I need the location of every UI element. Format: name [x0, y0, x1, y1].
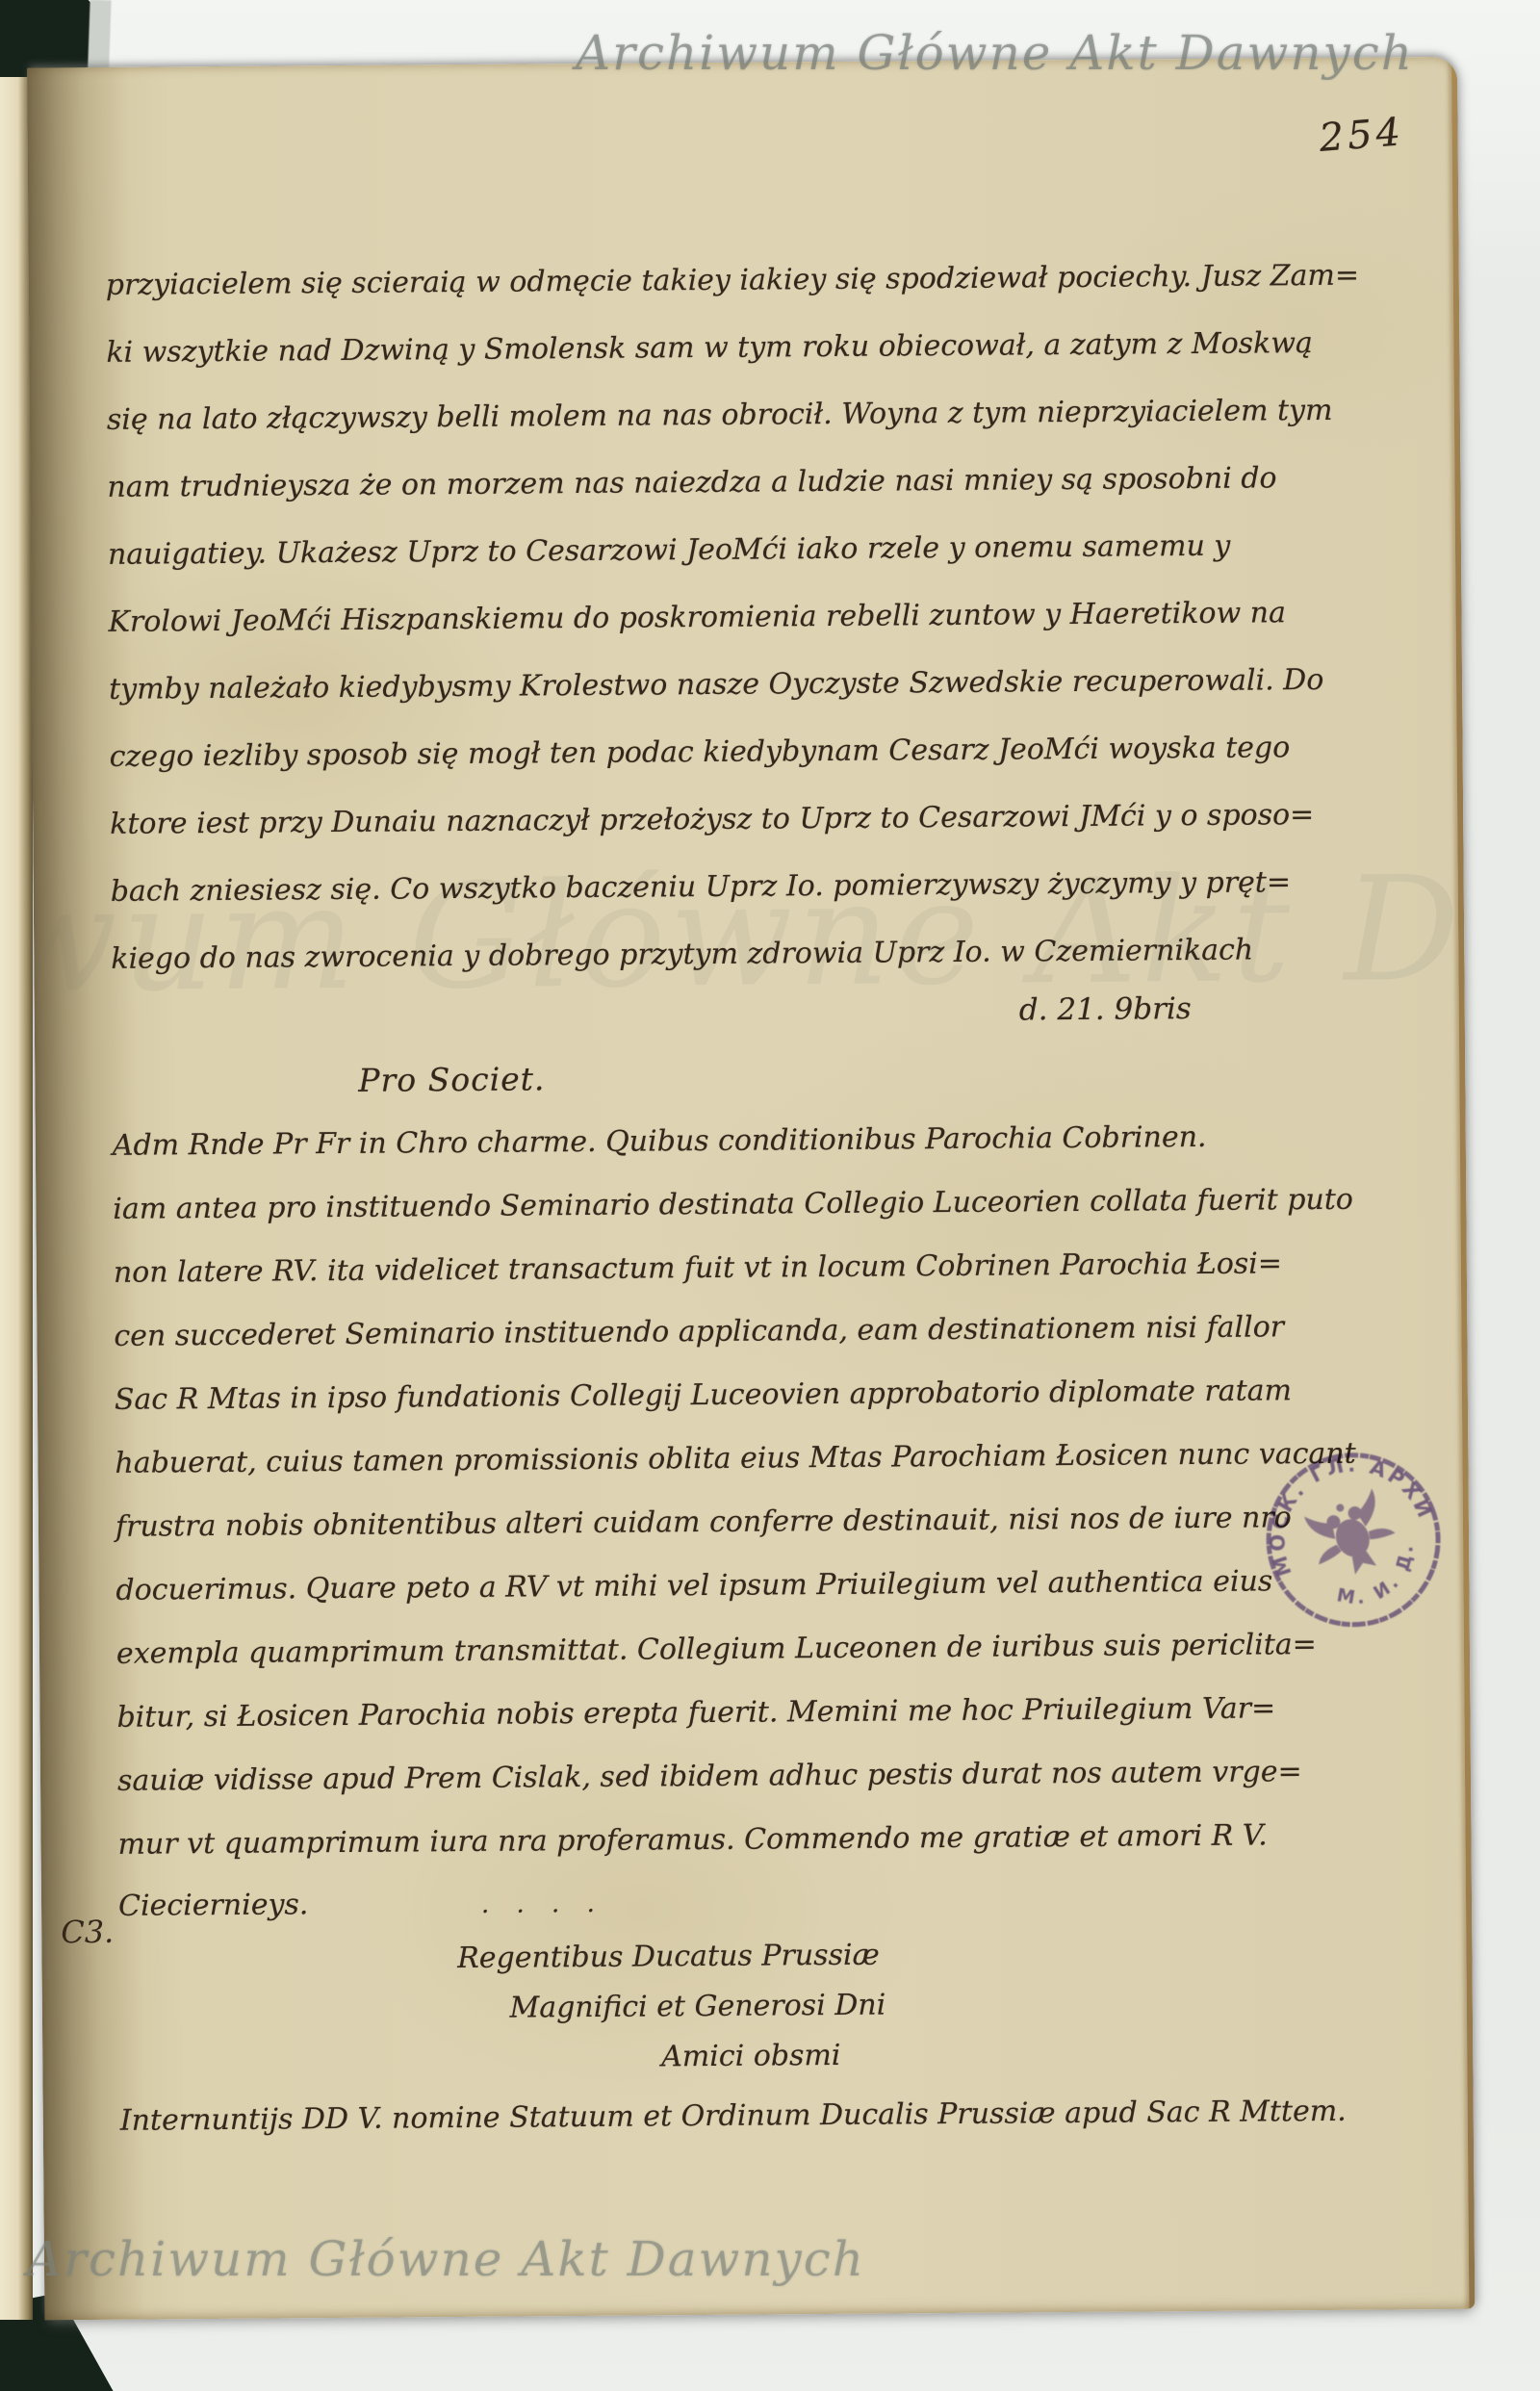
manuscript-line: Sac R Mtas in ipso fundationis Collegij … — [115, 1359, 1320, 1432]
manuscript-page: Archiwum Główne Akt Dawnych 254 C3. przy… — [27, 57, 1475, 2321]
signature-dots: . . . . — [481, 1874, 604, 1935]
manuscript-line: ki wszytkie nad Dzwiną y Smolensk sam w … — [106, 310, 1312, 387]
manuscript-line: mur vt quamprimum iura nra proferamus. C… — [117, 1804, 1322, 1877]
manuscript-line: cen succederet Seminario instituendo app… — [114, 1296, 1319, 1369]
manuscript-line: Adm Rnde Pr Fr in Chro charme. Quibus co… — [113, 1105, 1318, 1178]
manuscript-line: się na lato złączywszy belli molem na na… — [107, 377, 1313, 454]
manuscript-line: bach zniesiesz się. Co wszytko baczeniu … — [110, 849, 1316, 926]
manuscript-line: przyiacielem się scieraią w odmęcie taki… — [106, 243, 1312, 320]
signature: Cieciernieys. — [118, 1888, 309, 1923]
manuscript-line: tymby należało kiedybysmy Krolestwo nasz… — [109, 647, 1315, 724]
watermark-top: Archiwum Główne Akt Dawnych — [576, 25, 1414, 81]
archival-scan: { "archive": { "watermark_text": "Archiw… — [0, 0, 1540, 2391]
underlying-page-edge — [0, 77, 33, 2320]
manuscript-line: ktore iest przy Dunaiu naznaczył przełoż… — [110, 782, 1316, 859]
date-line: d. 21. 9bris — [112, 984, 1317, 1047]
latin-letter: Adm Rnde Pr Fr in Chro charme. Quibus co… — [113, 1105, 1323, 1877]
manuscript-line: nam trudnieysza że on morzem nas naiezdz… — [107, 445, 1313, 522]
manuscript-line: kiego do nas zwrocenia y dobrego przytym… — [111, 916, 1317, 993]
manuscript-line: non latere RV. ita videlicet transactum … — [114, 1232, 1319, 1305]
manuscript-line: exempla quamprimum transmittat. Collegiu… — [116, 1613, 1322, 1686]
watermark-bottom: Archiwum Główne Akt Dawnych — [27, 2231, 865, 2287]
page-number: 254 — [1318, 110, 1406, 161]
manuscript-line: docuerimus. Quare peto a RV vt mihi vel … — [115, 1550, 1321, 1623]
manuscript-line: bitur, si Łosicen Parochia nobis erepta … — [116, 1677, 1322, 1750]
manuscript-text: przyiacielem się scieraią w odmęcie taki… — [106, 243, 1325, 2148]
double-headed-eagle-icon — [1299, 1486, 1404, 1585]
manuscript-line: nauigatiey. Ukażesz Uprz to Cesarzowi Je… — [108, 512, 1314, 589]
manuscript-line: habuerat, cuius tamen promissionis oblit… — [115, 1423, 1320, 1496]
address-line: Amici obsmi — [148, 2027, 1353, 2087]
signature-row: Cieciernieys. . . . . — [118, 1867, 1323, 1937]
manuscript-line: sauiæ vidisse apud Prem Cislak, sed ibid… — [117, 1740, 1322, 1813]
manuscript-line: frustra nobis obnitentibus alteri cuidam… — [115, 1486, 1321, 1559]
manuscript-line: Krolowi JeoMći Hiszpanskiemu do poskromi… — [108, 579, 1314, 656]
latin-letter-heading: Pro Societ. — [358, 1038, 1318, 1113]
polish-letter: przyiacielem się scieraią w odmęcie taki… — [106, 243, 1317, 993]
manuscript-line: czego iezliby sposob się mogł ten podac … — [109, 714, 1315, 791]
address-block: Regentibus Ducatus PrussiæMagnifici et G… — [118, 1927, 1324, 2087]
manuscript-line: iam antea pro instituendo Seminario dest… — [113, 1169, 1318, 1242]
final-line: Internuntijs DD V. nomine Statuum et Ord… — [120, 2077, 1325, 2148]
